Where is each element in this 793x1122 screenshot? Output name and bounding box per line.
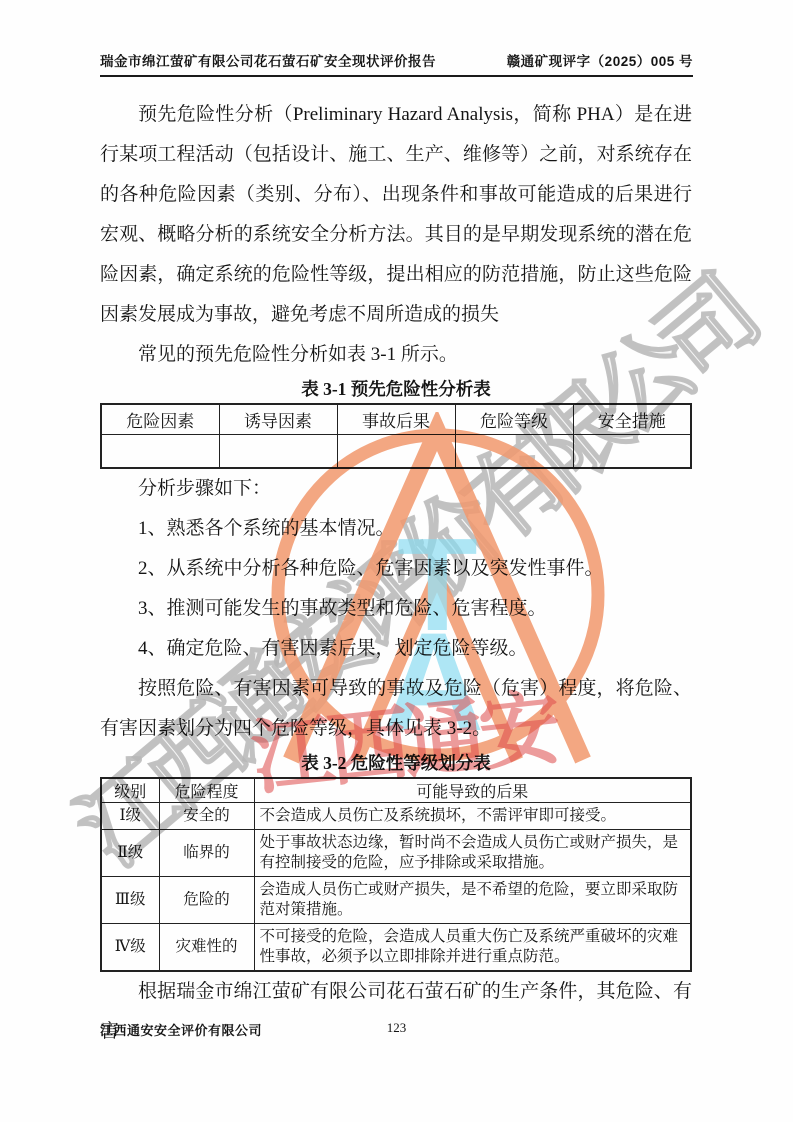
level-cell: Ⅱ级 [101,830,159,877]
table-3-1-header-cell: 诱导因素 [219,404,337,434]
table-row: Ⅲ级 危险的 会造成人员伤亡或财产损失，是不希望的危险，要立即采取防范对策措施。 [101,877,691,924]
step-item-4: 4、确定危险、有害因素后果，划定危险等级。 [100,629,692,669]
consequence-cell: 不会造成人员伤亡及系统损坏，不需评审即可接受。 [254,803,691,830]
page-footer: 江西通安安全评价有限公司 123 [100,1020,693,1040]
table-3-2-header-row: 级别 危险程度 可能导致的后果 [101,778,691,803]
table-3-1-caption: 表 3-1 预先危险性分析表 [100,375,692,403]
consequence-cell: 处于事故状态边缘，暂时尚不会造成人员伤亡或财产损失，是有控制接受的危险，应予排除… [254,830,691,877]
table-3-1: 危险因素 诱导因素 事故后果 危险等级 安全措施 [100,403,692,469]
page-number: 123 [100,1020,693,1036]
paragraph-closing: 根据瑞金市绵江萤矿有限公司花石萤石矿的生产条件，其危险、有害 [100,972,692,1052]
table-3-1-header-cell: 危险因素 [101,404,219,434]
document-page: 瑞金市绵江萤矿有限公司花石萤石矿安全现状评价报告 赣通矿现评字（2025）005… [0,0,793,1122]
table-3-2-caption: 表 3-2 危险性等级划分表 [100,749,692,777]
table-row: Ⅳ级 灾难性的 不可接受的危险，会造成人员重大伤亡及系统严重破坏的灾难性事故，必… [101,924,691,972]
table-3-1-empty-cell [219,434,337,468]
table-3-1-header-row: 危险因素 诱导因素 事故后果 危险等级 安全措施 [101,404,691,434]
table-3-1-header-cell: 危险等级 [455,404,573,434]
table-3-2: 级别 危险程度 可能导致的后果 Ⅰ级 安全的 不会造成人员伤亡及系统损坏，不需评… [100,777,692,972]
header-report-title: 瑞金市绵江萤矿有限公司花石萤石矿安全现状评价报告 [100,50,436,70]
table-row [101,434,691,468]
steps-intro: 分析步骤如下： [100,469,692,509]
header-document-number: 赣通矿现评字（2025）005 号 [507,50,693,70]
table-row: Ⅰ级 安全的 不会造成人员伤亡及系统损坏，不需评审即可接受。 [101,803,691,830]
table-3-1-empty-cell [455,434,573,468]
level-cell: Ⅲ级 [101,877,159,924]
table-3-1-empty-cell [101,434,219,468]
table-3-1-empty-cell [337,434,455,468]
degree-cell: 危险的 [159,877,254,924]
page-body: 预先危险性分析（Preliminary Hazard Analysis，简称 P… [100,95,692,1052]
table-3-1-empty-cell [573,434,691,468]
paragraph-pha-intro: 预先危险性分析（Preliminary Hazard Analysis，简称 P… [100,95,692,335]
level-cell: Ⅳ级 [101,924,159,972]
degree-cell: 灾难性的 [159,924,254,972]
step-item-1: 1、熟悉各个系统的基本情况。 [100,509,692,549]
consequence-cell: 不可接受的危险，会造成人员重大伤亡及系统严重破坏的灾难性事故，必须予以立即排除并… [254,924,691,972]
degree-cell: 临界的 [159,830,254,877]
level-cell: Ⅰ级 [101,803,159,830]
table-3-1-header-cell: 事故后果 [337,404,455,434]
degree-cell: 安全的 [159,803,254,830]
table-3-2-header-cell: 危险程度 [159,778,254,803]
step-item-2: 2、从系统中分析各种危险、危害因素以及突发性事件。 [100,549,692,589]
paragraph-table-ref-3-1: 常见的预先危险性分析如表 3-1 所示。 [100,335,692,375]
paragraph-grading-intro: 按照危险、有害因素可导致的事故及危险（危害）程度，将危险、有害因素划分为四个危险… [100,669,692,749]
step-item-3: 3、推测可能发生的事故类型和危险、危害程度。 [100,589,692,629]
table-3-2-header-cell: 级别 [101,778,159,803]
table-3-2-header-cell: 可能导致的后果 [254,778,691,803]
consequence-cell: 会造成人员伤亡或财产损失，是不希望的危险，要立即采取防范对策措施。 [254,877,691,924]
table-3-1-header-cell: 安全措施 [573,404,691,434]
table-row: Ⅱ级 临界的 处于事故状态边缘，暂时尚不会造成人员伤亡或财产损失，是有控制接受的… [101,830,691,877]
page-header: 瑞金市绵江萤矿有限公司花石萤石矿安全现状评价报告 赣通矿现评字（2025）005… [100,50,693,77]
